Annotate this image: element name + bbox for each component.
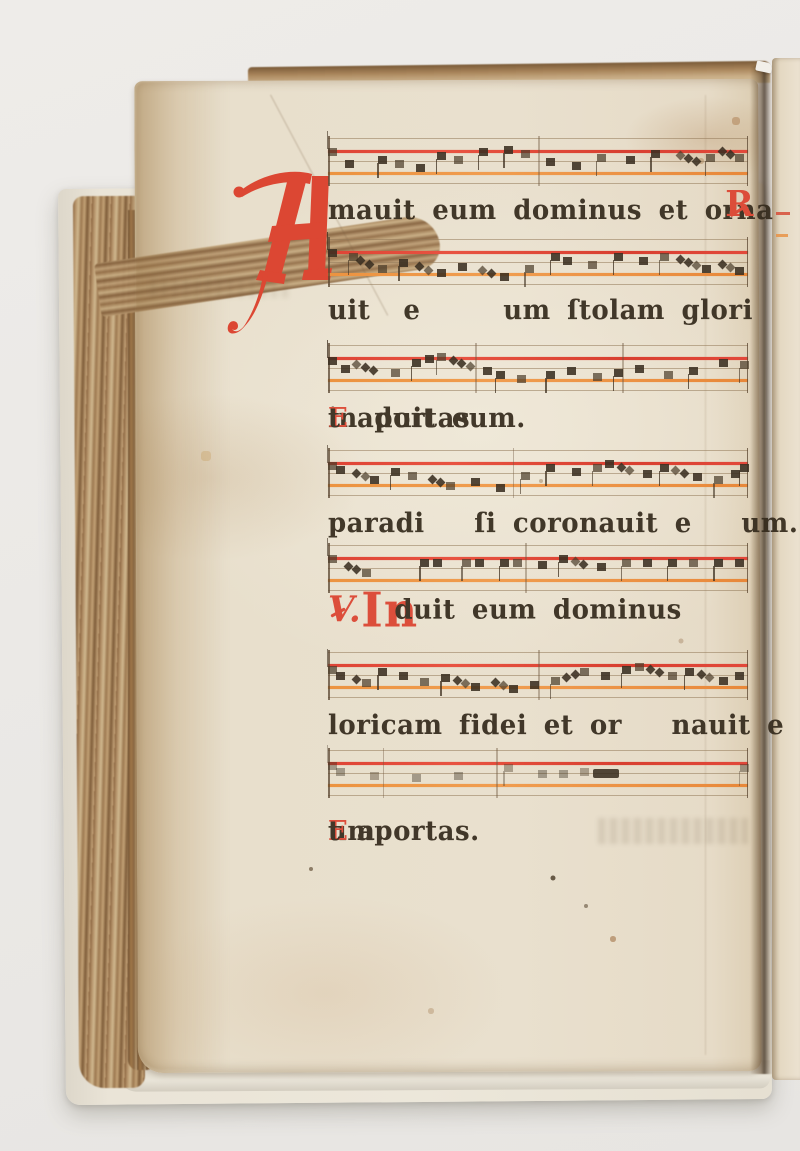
chant-text-line-5: V. In duit eum dominus — [328, 594, 748, 628]
neume-punctum — [635, 365, 644, 373]
neume-stem — [613, 260, 614, 275]
neume-punctum — [437, 152, 446, 160]
facing-page-orange-staffline-stub — [776, 234, 788, 237]
neume-stem — [327, 538, 328, 556]
neume-stem — [659, 471, 660, 486]
neume-stem — [650, 157, 651, 172]
staff-7 — [328, 750, 748, 798]
neume-punctum — [500, 559, 509, 567]
neume-punctum — [593, 373, 602, 381]
orange-staff-line — [328, 379, 748, 382]
chant-text: paradi ſi coronauit e um. — [328, 508, 798, 539]
chant-text: loricam fidei et or nauit e — [328, 710, 784, 741]
neume-punctum — [643, 559, 652, 567]
neume-stem — [377, 675, 378, 690]
neume-punctum — [399, 672, 408, 680]
neume-punctum — [538, 770, 547, 778]
neume-punctum — [370, 772, 379, 780]
neume-punctum — [433, 559, 442, 567]
neume-stem — [613, 376, 614, 391]
neume-diamond — [726, 263, 736, 273]
neume-punctum — [551, 677, 560, 685]
neume-stem — [550, 684, 551, 699]
neume-punctum — [572, 468, 581, 476]
neume-punctum — [441, 674, 450, 682]
neume-punctum — [328, 357, 337, 365]
faint-staff-line — [328, 345, 748, 346]
red-staff-line — [328, 251, 748, 254]
neume-stem — [545, 378, 546, 393]
music-and-text-block: mauit eum dominus et ornaRuit e um ſtola… — [328, 137, 748, 877]
neume-punctum — [719, 677, 728, 685]
neume-punctum — [504, 764, 513, 772]
neume-stem — [659, 260, 660, 275]
neume-punctum — [740, 464, 749, 472]
faint-staff-line — [328, 750, 748, 751]
neume-stem — [499, 566, 500, 581]
neume-punctum — [521, 150, 530, 158]
red-staff-line — [328, 357, 748, 360]
neume-stem — [705, 161, 706, 176]
neume-stem — [436, 159, 437, 174]
neume-stem — [503, 153, 504, 168]
neume-punctum — [437, 353, 446, 361]
neume-stem — [667, 566, 668, 581]
neume-stem — [688, 374, 689, 389]
neume-punctum — [714, 559, 723, 567]
neume-punctum — [513, 559, 522, 567]
neume-punctum — [567, 367, 576, 375]
staff-barline — [747, 650, 749, 700]
neume-punctum — [668, 559, 677, 567]
neume-stem — [545, 471, 546, 486]
orange-staff-line — [328, 784, 748, 787]
neume-stem — [327, 649, 328, 667]
neume-punctum — [735, 672, 744, 680]
neume-punctum — [593, 464, 602, 472]
neume-punctum — [660, 253, 669, 261]
neume-stem — [592, 471, 593, 486]
neume-punctum — [668, 672, 677, 680]
neume-stem — [327, 232, 328, 250]
staff-barline — [747, 543, 749, 593]
neume-punctum — [639, 257, 648, 265]
neume-punctum — [328, 148, 337, 156]
neume-punctum — [735, 154, 744, 162]
neume-punctum — [454, 772, 463, 780]
parchment-speckles — [0, 0, 2, 2]
neume-punctum — [471, 478, 480, 486]
neume-stem — [398, 266, 399, 281]
neume-stem — [621, 673, 622, 688]
neume-punctum — [660, 464, 669, 472]
neume-punctum — [345, 160, 354, 168]
neume-punctum — [740, 361, 749, 369]
staff-1 — [328, 138, 748, 186]
neume-punctum — [685, 668, 694, 676]
neume-punctum — [500, 273, 509, 281]
neume-punctum — [391, 468, 400, 476]
neume-punctum — [572, 162, 581, 170]
neume-diamond — [570, 670, 580, 680]
staff-barline — [525, 543, 527, 593]
neume-stem — [596, 161, 597, 176]
neume-stem — [550, 260, 551, 275]
neume-punctum — [336, 466, 345, 474]
neume-punctum — [471, 683, 480, 691]
neume-stem — [558, 562, 559, 577]
neume-punctum — [559, 555, 568, 563]
staff-2 — [328, 239, 748, 287]
neume-punctum — [689, 559, 698, 567]
neume-diamond — [692, 157, 702, 167]
neume-punctum — [664, 371, 673, 379]
neume-punctum — [509, 685, 518, 693]
neume-stem — [327, 340, 328, 358]
neume-punctum — [546, 371, 555, 379]
neume-punctum — [702, 265, 711, 273]
neume-diamond — [352, 565, 362, 575]
staff-barline — [475, 343, 477, 393]
staff-barline — [496, 748, 498, 798]
staff-4 — [328, 450, 748, 498]
neume-stem — [478, 155, 479, 170]
neume-punctum — [462, 559, 471, 567]
neume-punctum — [740, 764, 749, 772]
neume-punctum — [408, 472, 417, 480]
red-staff-line — [328, 762, 748, 765]
neume-punctum — [580, 668, 589, 676]
neume-punctum — [546, 158, 555, 166]
neume-punctum — [479, 148, 488, 156]
neume-punctum — [458, 263, 467, 271]
neume-punctum — [378, 265, 387, 273]
neume-punctum — [395, 160, 404, 168]
neume-punctum — [525, 265, 534, 273]
neume-stem — [524, 272, 525, 287]
neume-stem — [390, 475, 391, 490]
neume-punctum — [693, 473, 702, 481]
neume-punctum — [521, 472, 530, 480]
neume-punctum — [517, 375, 526, 383]
manuscript-photograph: mauit eum dominus et ornaRuit e um ſtola… — [0, 0, 800, 1151]
neume-punctum — [614, 369, 623, 377]
neume-punctum — [546, 464, 555, 472]
neume-punctum — [454, 156, 463, 164]
chant-text: mauit eum dominus et orna — [328, 195, 774, 226]
neume-stem — [436, 360, 437, 375]
neume-punctum — [689, 367, 698, 375]
faint-staff-line — [328, 545, 748, 546]
neume-diamond — [352, 675, 362, 685]
neume-stem — [713, 483, 714, 498]
responsory-mark: R — [725, 189, 754, 220]
neume-punctum — [597, 154, 606, 162]
faint-staff-line — [328, 284, 748, 285]
neume-punctum — [588, 261, 597, 269]
staff-barline — [383, 748, 385, 798]
neume-stem — [739, 471, 740, 486]
neume-stem — [684, 675, 685, 690]
chant-text: uit e um ſtolam glori e — [328, 295, 800, 326]
neume-punctum — [420, 678, 429, 686]
staff-barline — [747, 136, 749, 186]
neume-punctum — [475, 559, 484, 567]
neume-stem — [621, 566, 622, 581]
neume-punctum — [651, 150, 660, 158]
neume-punctum — [391, 369, 400, 377]
neume-stem — [495, 378, 496, 393]
neume-punctum — [328, 249, 337, 257]
neume-stem — [461, 566, 462, 581]
neume-stem — [520, 479, 521, 494]
neume-punctum — [551, 253, 560, 261]
staff-barline — [622, 343, 624, 393]
neume-punctum — [735, 559, 744, 567]
chant-text: t aportas. — [328, 816, 480, 847]
neume-punctum — [412, 359, 421, 367]
neume-punctum — [635, 663, 644, 671]
neume-stem — [739, 771, 740, 786]
neume-stem — [348, 260, 349, 275]
rubric-vmark: V. — [328, 594, 361, 625]
neume-punctum — [370, 476, 379, 484]
neume-punctum — [504, 146, 513, 154]
red-staff-line — [328, 557, 748, 560]
neume-stem — [327, 131, 328, 149]
neume-stem — [440, 681, 441, 696]
neume-punctum — [601, 672, 610, 680]
neume-punctum — [362, 569, 371, 577]
faint-staff-line — [328, 495, 748, 496]
neume-punctum — [605, 460, 614, 468]
staff-barline — [747, 748, 749, 798]
neume-punctum — [399, 259, 408, 267]
staff-6 — [328, 652, 748, 700]
neume-punctum — [412, 774, 421, 782]
neume-punctum — [597, 563, 606, 571]
neume-punctum — [420, 559, 429, 567]
neume-punctum — [328, 555, 337, 563]
neume-stem — [377, 163, 378, 178]
chant-text: t aportas — [328, 403, 470, 434]
neume-punctum — [643, 470, 652, 478]
neume-punctum — [341, 365, 350, 373]
staff-barline — [747, 237, 749, 287]
chant-text: duit eum dominus — [361, 594, 682, 625]
neume-punctum — [496, 484, 505, 492]
neume-stem — [419, 566, 420, 581]
neume-stem — [327, 745, 328, 763]
staff-barline — [513, 448, 515, 498]
neume-punctum — [580, 768, 589, 776]
faint-staff-line — [328, 390, 748, 391]
neume-stem — [327, 445, 328, 463]
neume-punctum — [559, 770, 568, 778]
staff-barline — [747, 448, 749, 498]
staff-3 — [328, 345, 748, 393]
neume-punctum — [614, 253, 623, 261]
neume-punctum — [735, 267, 744, 275]
neume-punctum — [336, 672, 345, 680]
staff-barline — [538, 650, 540, 700]
neume-stem — [411, 366, 412, 381]
neume-punctum — [416, 164, 425, 172]
neume-strophicus — [593, 769, 619, 778]
neume-punctum — [538, 561, 547, 569]
faint-staff-line — [328, 795, 748, 796]
staff-barline — [538, 136, 540, 186]
neume-punctum — [714, 476, 723, 484]
faint-staff-line — [328, 450, 748, 451]
neume-punctum — [378, 156, 387, 164]
neume-punctum — [530, 681, 539, 689]
neume-punctum — [362, 679, 371, 687]
neume-punctum — [719, 359, 728, 367]
orange-staff-line — [328, 273, 748, 276]
neume-punctum — [425, 355, 434, 363]
neume-punctum — [706, 154, 715, 162]
faint-staff-line — [328, 239, 748, 240]
neume-punctum — [336, 768, 345, 776]
red-staff-line — [328, 462, 748, 465]
neume-punctum — [378, 668, 387, 676]
neume-stem — [503, 771, 504, 786]
neume-punctum — [563, 257, 572, 265]
neume-stem — [713, 566, 714, 581]
facing-page-red-staffline-stub — [776, 212, 790, 215]
neume-punctum — [622, 559, 631, 567]
neume-punctum — [622, 666, 631, 674]
facing-page-sliver — [772, 58, 800, 1080]
neume-punctum — [626, 156, 635, 164]
neume-stem — [739, 368, 740, 383]
neume-punctum — [437, 269, 446, 277]
neume-punctum — [496, 371, 505, 379]
neume-punctum — [446, 482, 455, 490]
neume-punctum — [483, 367, 492, 375]
page-gutter-shadow — [136, 82, 231, 1070]
